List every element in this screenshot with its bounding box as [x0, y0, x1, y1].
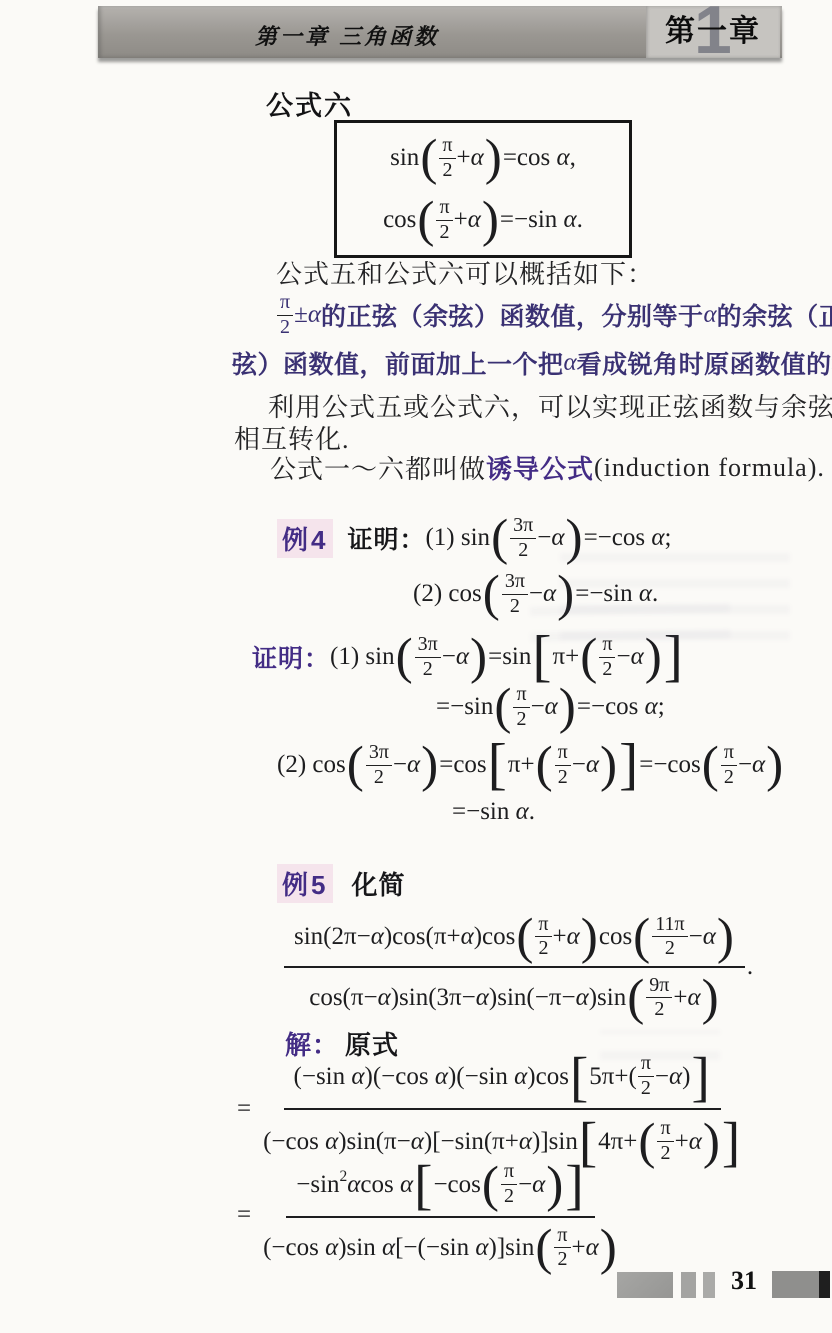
summary-bold-line2: 弦）函数值，前面加上一个把 α 看成锐角时原函数值的符号.	[232, 346, 832, 380]
summary-bold-line1: π2±α 的正弦（余弦）函数值，分别等于 α 的余弦（正	[276, 286, 832, 344]
textbook-page: 第一章 三角函数 1 第一章 公式六 sin(π2+α)=cos α, cos(…	[0, 0, 832, 1333]
example5-task: 化简	[351, 865, 405, 902]
footer-decoration-block	[703, 1272, 715, 1298]
chapter-header-bar: 第一章 三角函数 1 第一章	[98, 6, 782, 58]
formula6-line2: cos(π2+α)=−sin α.	[383, 194, 583, 245]
example5-task-row: 例5 化简	[277, 866, 405, 900]
example4-proof-line4: =−sin α.	[452, 797, 535, 827]
formula6-line1: sin(π2+α)=cos α,	[390, 132, 576, 183]
paragraph-usage-line1: 利用公式五或公式六，可以实现正弦函数与余弦函数的	[268, 387, 832, 424]
footer-decoration-block	[681, 1272, 696, 1298]
example5-expression: sin(2π−α)cos(π+α)cos(π2+α)cos(11π2−α)cos…	[282, 910, 753, 1025]
footer-block-dark-cap	[819, 1271, 830, 1298]
example4-stem-line1: 例4 证明：(1) sin(3π2−α)=−cos α;	[277, 510, 671, 566]
example4-stem-line2: (2) cos(3π2−α)=−sin α.	[413, 566, 658, 622]
example5-label: 例5	[277, 864, 333, 903]
example4-proof-line3: (2) cos(3π2−α)=cos[π+(π2−α)]=−cos(π2−α)	[277, 736, 784, 794]
example4-stem1-math: 证明：(1) sin(3π2−α)=−cos α;	[347, 512, 671, 563]
chapter-label: 第一章	[646, 6, 780, 58]
example5-step2: =−sin2αcos α[−cos(π2−α)](−cos α)sin α[−(…	[237, 1156, 630, 1274]
formula6-heading: 公式六	[266, 84, 353, 123]
example5-step1: =(−sin α)(−cos α)(−sin α)cos[5π+(π2−α)](…	[237, 1048, 753, 1170]
paragraph-naming: 公式一～六都叫做诱导公式 (induction formula).	[270, 449, 825, 486]
footer-decoration-block-capped	[772, 1271, 830, 1298]
example4-proof-line2: =−sin(π2−α)=−cos α;	[436, 678, 665, 736]
formula6-box: sin(π2+α)=cos α, cos(π2+α)=−sin α.	[334, 120, 632, 258]
footer-decoration-block	[617, 1272, 673, 1298]
page-number: 31	[731, 1266, 757, 1296]
example4-label: 例4	[277, 519, 333, 558]
running-title: 第一章 三角函数	[255, 20, 439, 51]
chapter-badge: 1 第一章	[646, 6, 780, 58]
